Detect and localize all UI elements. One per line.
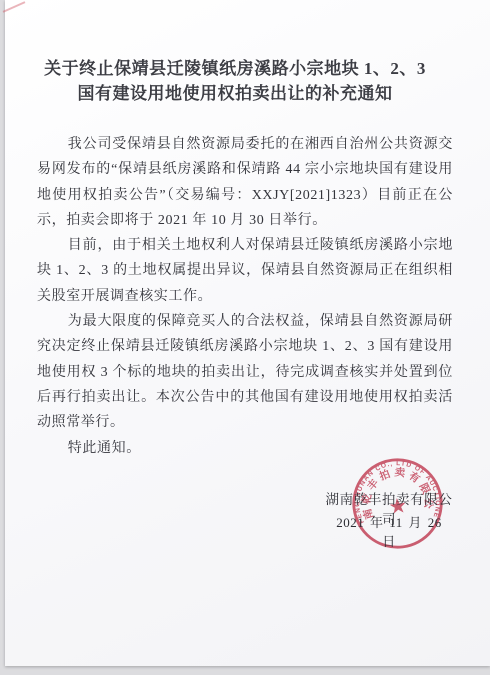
scan-background: 关于终止保靖县迁陵镇纸房溪路小宗地块 1、2、3 国有建设用地使用权拍卖出让的补… xyxy=(0,0,490,675)
notice-body: 我公司受保靖县自然资源局委托的在湘西自治州公共资源交易网发布的“保靖县纸房溪路和… xyxy=(37,132,453,461)
notice-title: 关于终止保靖县迁陵镇纸房溪路小宗地块 1、2、3 国有建设用地使用权拍卖出让的补… xyxy=(30,56,440,106)
title-line-1: 关于终止保靖县迁陵镇纸房溪路小宗地块 1、2、3 xyxy=(30,56,440,81)
paragraph-1: 我公司受保靖县自然资源局委托的在湘西自治州公共资源交易网发布的“保靖县纸房溪路和… xyxy=(37,132,453,233)
paragraph-3: 为最大限度的保障竞买人的合法权益，保靖县自然资源局研究决定终止保靖县迁陵镇纸房溪… xyxy=(37,309,453,435)
title-line-2: 国有建设用地使用权拍卖出让的补充通知 xyxy=(30,81,440,106)
notice-page: 关于终止保靖县迁陵镇纸房溪路小宗地块 1、2、3 国有建设用地使用权拍卖出让的补… xyxy=(5,0,490,666)
red-corner-mark xyxy=(3,1,26,13)
signature-date: 2021 年 11 月 26 日 xyxy=(327,512,451,550)
paragraph-2: 目前，由于相关土地权利人对保靖县迁陵镇纸房溪路小宗地块 1、2、3 的土地权属提… xyxy=(37,233,453,309)
